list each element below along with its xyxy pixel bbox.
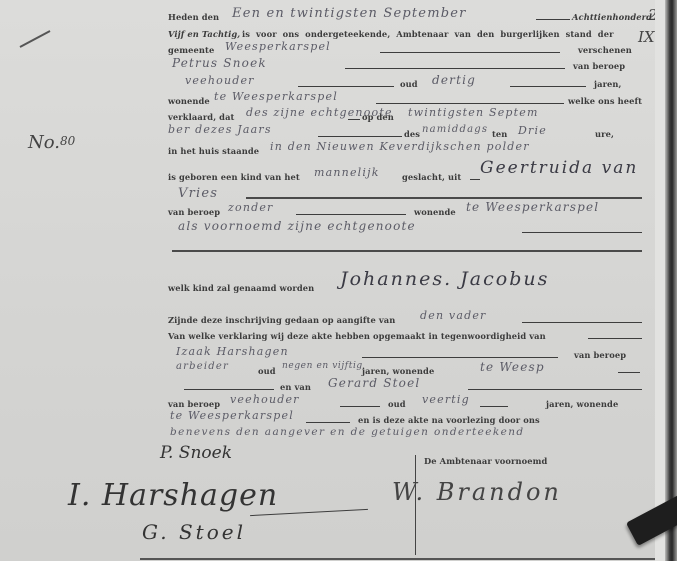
signature-witness-2: G. Stoel [142,520,246,544]
handwritten-birthplace: in den Nieuwen Keverdijkschen polder [270,140,530,153]
printed-text: welke ons heeft [568,96,642,106]
printed-text: wonende [168,96,210,106]
fill-rule [362,357,558,358]
printed-text: van beroep [168,207,220,217]
printed-text: wonende [414,207,456,217]
handwritten-residence: te Weesperkarspel [214,90,338,103]
handwritten-hour: Drie [518,124,547,137]
handwritten-mother-residence: te Weesperkarspel [466,200,599,214]
annotation-month: IX [638,28,655,46]
fill-rule [345,68,565,69]
handwritten-mother-name: Geertruida van [480,158,638,178]
handwritten-witness-2-residence: te Weesperkarspel [170,409,294,422]
fill-rule [522,232,642,233]
fill-rule [340,406,380,407]
fill-rule [380,52,560,53]
handwritten-child-name: Johannes. Jacobus [340,268,549,290]
bottom-border [140,558,660,560]
signature-official: W. Brandon [392,478,562,506]
printed-text: in het huis staande [168,146,259,156]
printed-text: oud [258,366,276,376]
fill-rule [376,103,564,104]
handwritten-witness-1-occupation: arbeider [176,361,229,372]
margin-stroke [20,30,51,48]
printed-text: jaren, wonende [546,399,618,409]
handwritten-witness-1-residence: te Weesp [480,360,545,374]
handwritten-witness-2-age: veertig [422,393,470,406]
printed-text: oud [388,399,406,409]
page-edge [655,0,665,561]
fill-rule [480,406,508,407]
handwritten-year: ber dezes Jaars [168,123,272,136]
signature-witness-1: I. Harshagen [68,478,278,513]
printed-text: van beroep [168,399,220,409]
fill-rule [618,372,640,373]
printed-text: oud [400,79,418,89]
printed-text: van beroep [574,350,626,360]
handwritten-informant: den vader [420,309,487,322]
handwritten-witness-1: Izaak Harshagen [176,345,289,358]
printed-text: verklaard, dat [168,112,234,122]
printed-text: van beroep [573,61,625,71]
fill-rule [184,389,274,390]
handwritten-date: Een en twintigsten September [232,6,467,21]
handwritten-age: dertig [432,73,476,87]
printed-text: is voor ons ondergeteekende, Ambtenaar v… [242,29,614,39]
printed-text: Zijnde deze inschrijving gedaan op aangi… [168,315,395,325]
printed-text: verschenen [578,45,632,55]
handwritten-declarant: Petrus Snoek [172,56,267,70]
printed-text: jaren, [594,79,622,89]
signature-father: P. Snoek [160,443,232,463]
printed-text: jaren, wonende [362,366,434,376]
printed-text: Achttienhonderd [572,12,652,22]
printed-text: geslacht, uit [402,172,461,182]
printed-text: ure, [595,129,614,139]
printed-text: Heden den [168,12,219,22]
fill-rule [470,179,480,180]
handwritten-mother-surname: Vries [178,186,218,201]
act-number: 80 [60,134,75,148]
fill-rule [348,119,360,120]
handwritten-witness-2: Gerard Stoel [328,376,420,390]
printed-text: is geboren een kind van het [168,172,300,182]
printed-text: ten [492,129,507,139]
printed-text: op den [362,112,394,122]
handwritten-mother-occupation: zonder [228,201,274,214]
document-page: No. 80 21 IX Heden den Een en twintigste… [0,0,677,561]
section-divider [172,250,642,252]
handwritten-time-of-day: namiddags [422,124,488,135]
handwritten-relation-note: als voornoemd zijne echtgenoote [178,219,416,233]
fill-rule [588,338,642,339]
handwritten-signing-note: benevens den aangever en de getuigen ond… [170,426,525,438]
handwritten-witness-2-occupation: veehouder [230,393,300,406]
fill-rule [246,197,642,199]
act-number-label: No. [28,132,60,153]
handwritten-birth-date: twintigsten Septem [408,106,539,119]
binding-edge [665,0,677,561]
handwritten-sex: mannelijk [314,166,380,179]
fill-rule [318,136,402,137]
fill-rule [468,389,642,390]
handwritten-occupation: veehouder [185,74,255,87]
fill-rule [298,86,394,87]
printed-text: welk kind zal genaamd worden [168,283,314,293]
official-label: De Ambtenaar voornoemd [424,456,547,466]
printed-text: en is deze akte na voorlezing door ons [358,415,540,425]
printed-text: Vijf en Tachtig, [168,29,240,39]
fill-rule [296,214,406,215]
printed-text: des [404,129,420,139]
fill-rule [522,322,642,323]
printed-text: en van [280,382,311,392]
printed-text: gemeente [168,45,214,55]
fill-rule [306,422,350,423]
printed-text: Van welke verklaring wij deze akte hebbe… [168,331,546,341]
fill-rule [510,86,586,87]
handwritten-municipality: Weesperkarspel [225,40,331,53]
handwritten-witness-1-age: negen en vijftig [282,361,363,371]
fill-rule [536,19,570,20]
